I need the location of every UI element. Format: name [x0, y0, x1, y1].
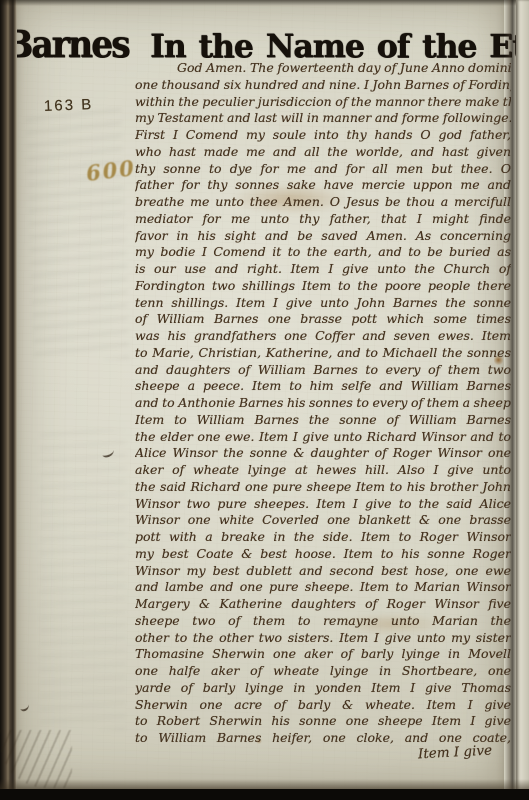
- manuscript-line: Item to William Barnes the sonne of Will…: [135, 412, 511, 429]
- page-bottom-shadow: [0, 779, 529, 789]
- page-gutter-shadow: [504, 0, 516, 800]
- manuscript-line: was his grandfathers one Coffer and seve…: [135, 328, 511, 345]
- manuscript-line: First I Comend my soule into thy hands O…: [135, 127, 511, 144]
- manuscript-line: yarde of barly lyinge in yonden Item I g…: [135, 680, 511, 697]
- manuscript-line: the elder one ewe. Item I give unto Rich…: [135, 429, 511, 446]
- manuscript-line: of William Barnes one brasse pott which …: [135, 311, 511, 328]
- manuscript-line: Thomasine Sherwin one aker of barly lyin…: [135, 646, 511, 663]
- heading-surname: Barnes: [4, 22, 129, 66]
- scan-bottom-border: [0, 789, 529, 800]
- manuscript-scan: BarnesIn the Name of the Eternal 163 B 6…: [0, 0, 529, 800]
- manuscript-line: and lambe and one pure sheepe. Item to M…: [135, 579, 511, 596]
- manuscript-line: thy sonne to dye for me and for all men …: [135, 161, 511, 178]
- manuscript-line: tenn shillings. Item I give unto John Ba…: [135, 295, 511, 312]
- manuscript-line: and to Anthonie Barnes his sonnes to eve…: [135, 395, 511, 412]
- manuscript-line: mediator for me unto thy father, that I …: [135, 211, 511, 228]
- manuscript-line: God Amen. The fowerteenth day of June An…: [135, 60, 511, 77]
- manuscript-line: other to the other two sisters. Item I g…: [135, 630, 511, 647]
- folio-number: 163 B: [44, 96, 94, 115]
- manuscript-line: favor in his sight and be saved Amen. As…: [135, 228, 511, 245]
- manuscript-line: Winsor two pure sheepes. Item I give to …: [135, 496, 511, 513]
- manuscript-line: sheepe two of them to remayne unto Maria…: [135, 613, 511, 630]
- manuscript-line: within the peculier jurisdiccion of the …: [135, 94, 511, 111]
- manuscript-line: my Testament and last will in manner and…: [135, 110, 511, 127]
- manuscript-line: is our use and right. Item I give unto t…: [135, 261, 511, 278]
- manuscript-line: my best Coate & best hoose. Item to his …: [135, 546, 511, 563]
- manuscript-line: Alice Winsor the sonne & daughter of Rog…: [135, 445, 511, 462]
- manuscript-line: Winsor my best dublett and second best h…: [135, 563, 511, 580]
- manuscript-line: to Robert Sherwin his sonne one sheepe I…: [135, 713, 511, 730]
- manuscript-line: my bodie I Comend it to the earth, and t…: [135, 244, 511, 261]
- next-page-edge: [516, 0, 529, 800]
- manuscript-line: pott with a breake in the side. Item to …: [135, 529, 511, 546]
- manuscript-line: sheepe a peece. Item to him selfe and Wi…: [135, 378, 511, 395]
- manuscript-line: aker of wheate lyinge at hewes hill. Als…: [135, 462, 511, 479]
- scan-top-edge: [0, 0, 529, 6]
- manuscript-line: one thousand six hundred and nine. I Joh…: [135, 77, 511, 94]
- manuscript-line: Fordington two shillings Item to the poo…: [135, 278, 511, 295]
- manuscript-line: father for thy sonnes sake have mercie u…: [135, 177, 511, 194]
- manuscript-line: who hast made me and all the worlde, and…: [135, 144, 511, 161]
- book-binding: [0, 0, 17, 800]
- manuscript-line: the said Richard one pure sheepe Item to…: [135, 479, 511, 496]
- manuscript-body-text: God Amen. The fowerteenth day of June An…: [135, 60, 511, 755]
- manuscript-line: to Marie, Christian, Katherine, and to M…: [135, 345, 511, 362]
- manuscript-line: Sherwin one acre of barly & wheate. Item…: [135, 697, 511, 714]
- manuscript-line: Margery & Katherine daughters of Roger W…: [135, 596, 511, 613]
- manuscript-line: and daughters of William Barnes to every…: [135, 362, 511, 379]
- manuscript-line: one halfe aker of wheate lyinge in Short…: [135, 663, 511, 680]
- manuscript-line: breathe me unto thee Amen. O Jesus be th…: [135, 194, 511, 211]
- manuscript-line: Winsor one white Coverled one blankett &…: [135, 512, 511, 529]
